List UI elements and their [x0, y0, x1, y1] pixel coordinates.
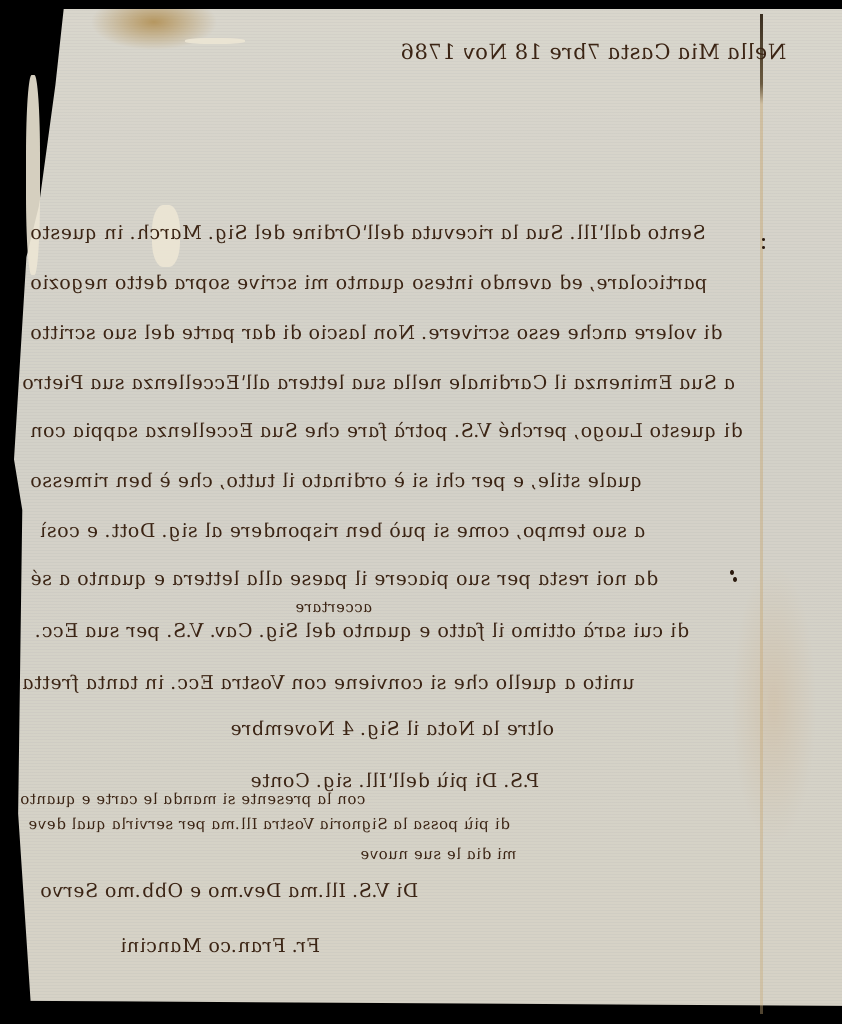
body-line: a Sua Eminenza il Cardinale nella sua le…	[20, 372, 737, 394]
fold-pinhole	[762, 246, 765, 249]
postscript-line: P.S. Di più dell'Ill. sig. Conte	[248, 770, 541, 792]
ink-spot	[730, 570, 734, 575]
fold-pinhole	[762, 238, 765, 241]
body-line: di volere anche esso scrivere. Non lasci…	[28, 322, 724, 344]
ink-spot	[733, 577, 737, 582]
paper-tear-left-edge	[26, 75, 40, 275]
body-line: quale stile, e per chi si è ordinato il …	[28, 470, 645, 492]
body-line: particolare, ed avendo inteso quanto mi …	[28, 272, 709, 294]
postscript-line: mi dia le sue nuove	[358, 845, 518, 863]
body-line: Sento dall'Ill. Sua la ricevuta dell'Ord…	[28, 222, 707, 244]
page-fold-crease	[760, 14, 763, 1014]
body-line: a suo tempo, come si può ben rispondere …	[38, 520, 647, 542]
paper-tear-top	[185, 38, 245, 44]
postscript-line: con la presente si manda le carte e quan…	[18, 790, 367, 808]
body-line: oltre la Nota il Sig. 4 Novembre	[228, 718, 556, 740]
signature: Fr. Fran.co Mancini	[118, 935, 322, 957]
manuscript-page	[14, 4, 842, 1016]
body-line: di cui sarà ottimo il fatto e quanto del…	[33, 620, 691, 642]
closing-line: Di V.S. Ill.ma Dev.mo e Obb.mo Servo	[38, 880, 420, 902]
body-line: di questo Luogo, perché V.S. potrà fare …	[28, 420, 744, 442]
body-line: da noi resta per suo piacere il paese al…	[28, 568, 660, 590]
postscript-line: di più possa la Signoria Vostra Ill.ma p…	[26, 815, 511, 833]
body-line: unito a quello che si conviene con Vostr…	[20, 672, 636, 694]
letter-header: Nella Mia Casta 7bre 18 Nov 1786	[398, 40, 788, 64]
body-interlinear: accertare	[293, 598, 373, 616]
